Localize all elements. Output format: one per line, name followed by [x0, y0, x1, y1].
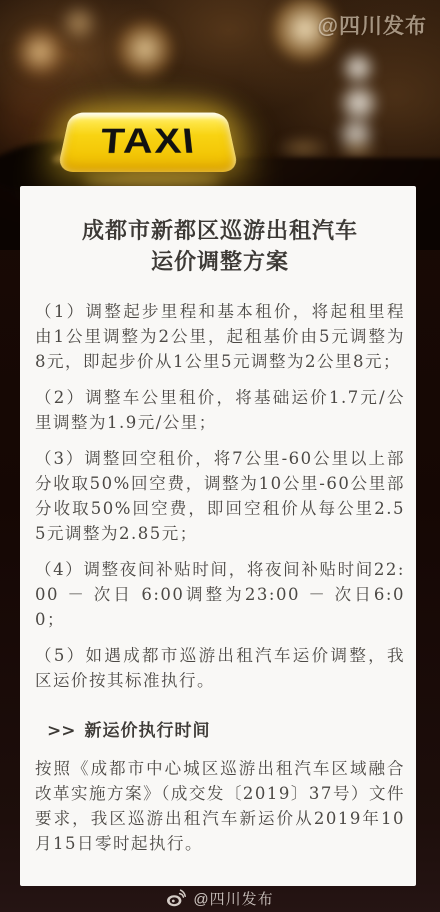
chevrons-icon: >> [47, 721, 76, 741]
watermark-top: @四川发布 [318, 10, 427, 40]
bokeh-light [60, 4, 98, 42]
section-heading-text: 新运价执行时间 [85, 721, 211, 741]
taxi-sign-text: TAXI [98, 120, 198, 162]
notice-card: 成都市新都区巡游出租汽车 运价调整方案 （1）调整起步里程和基本租价，将起租里程… [20, 186, 416, 886]
clause-5: （5）如遇成都市巡游出租汽车运价调整，我区运价按其标准执行。 [35, 643, 405, 693]
notice-title-line-2: 运价调整方案 [35, 247, 405, 278]
weibo-icon [166, 889, 186, 907]
clause-1: （1）调整起步里程和基本租价，将起租里程由1公里调整为2公里，起租基价由5元调整… [35, 299, 405, 374]
clause-3: （3）调整回空租价，将7公里-60公里以上部分收取50%回空费，调整为10公里-… [35, 446, 405, 546]
footer-watermark: @四川发布 [0, 886, 440, 910]
bokeh-light [14, 26, 66, 78]
notice-title-line-1: 成都市新都区巡游出租汽车 [35, 216, 405, 247]
weibo-post-image: TAXI @四川发布 成都市新都区巡游出租汽车 运价调整方案 （1）调整起步里程… [0, 0, 440, 912]
clause-4: （4）调整夜间补贴时间，将夜间补贴时间22:00 － 次日 6:00调整为23:… [35, 557, 405, 632]
section-heading: >>新运价执行时间 [47, 716, 405, 741]
bokeh-light [116, 20, 174, 78]
bokeh-light [342, 52, 374, 84]
footer-watermark-text: @四川发布 [193, 888, 273, 909]
taxi-rooftop-sign: TAXI [57, 113, 239, 172]
clause-2: （2）调整车公里租价，将基础运价1.7元/公里调整为1.9元/公里； [35, 385, 405, 435]
section-body: 按照《成都市中心城区巡游出租汽车区域融合改革实施方案》（成交发〔2019〕37号… [35, 756, 405, 856]
notice-title: 成都市新都区巡游出租汽车 运价调整方案 [35, 216, 405, 278]
